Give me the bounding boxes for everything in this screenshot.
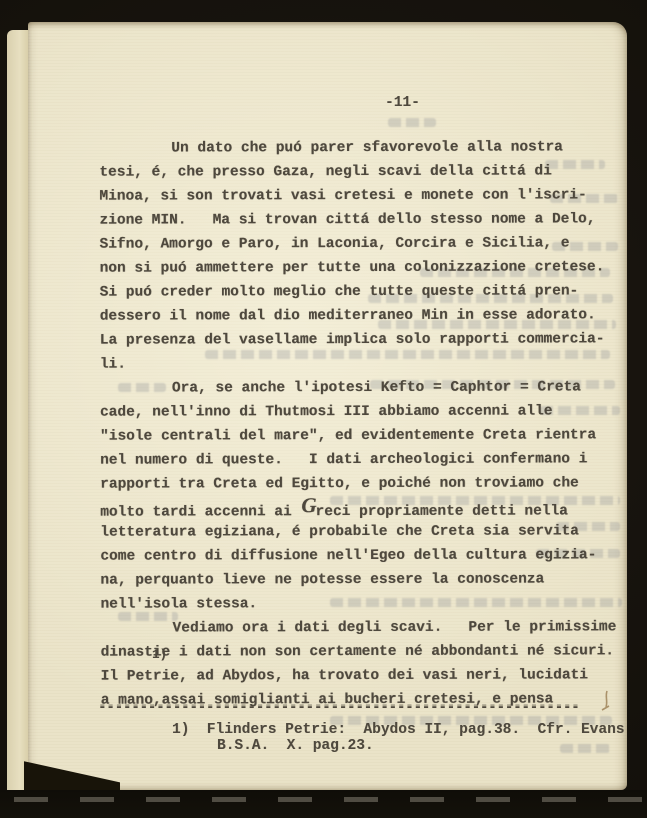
footnote-reference-marker: 1) bbox=[152, 648, 167, 662]
typed-line: nel numero di queste. I dati archeologic… bbox=[100, 447, 622, 472]
bleed-through-line bbox=[388, 118, 436, 127]
handwritten-capital-g: G bbox=[301, 493, 316, 517]
footnote-line: B.S.A. X. pag.23. bbox=[217, 738, 374, 754]
footnote-line: 1) Flinders Petrie: Abydos II, pag.38. C… bbox=[172, 722, 624, 738]
typed-line: Vediamo ora i dati degli scavi. Per le p… bbox=[100, 615, 647, 641]
typed-line: Sifno, Amorgo e Paro, in Laconia, Corcir… bbox=[99, 231, 621, 256]
photographed-book-page: -11- Un dato che puó parer sfavorevole a… bbox=[0, 0, 647, 818]
typed-line: tesi, é, che presso Gaza, negli scavi de… bbox=[99, 159, 621, 184]
typed-line: dessero il nome dal dio mediterraneo Min… bbox=[100, 303, 622, 328]
typed-line: "isole centrali del mare", ed evidenteme… bbox=[100, 423, 622, 448]
page-edge-highlights bbox=[4, 797, 647, 802]
typed-line: Si puó creder molto meglio che tutte que… bbox=[100, 279, 622, 304]
typed-line: come centro di diffusione nell'Egeo dell… bbox=[100, 543, 622, 568]
bleed-through-line bbox=[560, 744, 610, 753]
typed-line: cade, nell'inno di Thutmosi III abbiamo … bbox=[100, 399, 622, 424]
typed-line: na, perquanto lieve ne potesse essere la… bbox=[100, 567, 622, 592]
document-page: -11- Un dato che puó parer sfavorevole a… bbox=[28, 22, 627, 790]
typed-line: La presenza del vasellame implica solo r… bbox=[100, 327, 622, 352]
typed-line: nell'isola stessa. bbox=[100, 591, 622, 616]
typed-text: reci propriamente detti nella bbox=[316, 503, 568, 520]
pen-mark bbox=[598, 688, 614, 718]
typed-line: molto tardi accenni ai Greci propriament… bbox=[100, 495, 622, 520]
page-number: -11- bbox=[385, 93, 420, 113]
typed-line: letteratura egiziana, é probabile che Cr… bbox=[100, 519, 622, 544]
typed-text: molto tardi accenni ai bbox=[100, 504, 300, 521]
typed-line: Ora, se anche l'ipotesi Kefto = Caphtor … bbox=[100, 375, 647, 401]
typed-line: rapporti tra Creta ed Egitto, e poiché n… bbox=[100, 471, 622, 496]
under-page-edge bbox=[7, 30, 30, 792]
typed-line: non si puó ammettere per tutte una colon… bbox=[100, 255, 622, 280]
typed-line: zione MIN. Ma si trovan cittá dello stes… bbox=[99, 207, 621, 232]
typed-line: Il Petrie, ad Abydos, ha trovato dei vas… bbox=[101, 663, 623, 688]
typed-text-block: Un dato che puó parer sfavorevole alla n… bbox=[99, 135, 623, 716]
book-edge-band bbox=[0, 790, 647, 818]
typed-line: Minoa, si son trovati vasi cretesi e mon… bbox=[99, 183, 621, 208]
typed-line: dinastie i dati non son certamente né ab… bbox=[101, 639, 623, 664]
typed-line: li. bbox=[100, 351, 622, 376]
typed-line: Un dato che puó parer sfavorevole alla n… bbox=[99, 135, 647, 161]
footnote-separator-line: ----------------------------------------… bbox=[98, 698, 613, 718]
